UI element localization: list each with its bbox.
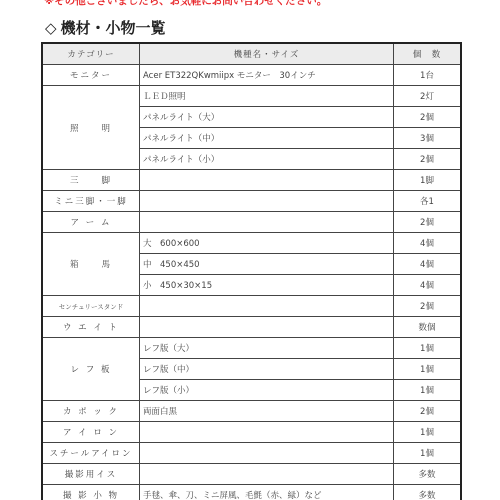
quantity-cell: 多数 — [394, 485, 462, 500]
table-row: カ ポ ッ ク両面白黒2個 — [42, 401, 461, 422]
category-cell: 撮影用イス — [42, 464, 140, 485]
table-row: 照 明ＬＥＤ照明2灯 — [42, 86, 461, 107]
quantity-cell: 2個 — [394, 212, 462, 233]
item-name-cell: 大 600×600 — [140, 233, 394, 254]
item-name-cell: 手毬、傘、刀、ミニ屏風、毛氈（赤、緑）など — [140, 485, 394, 500]
quantity-cell: 4個 — [394, 233, 462, 254]
quantity-cell: 4個 — [394, 275, 462, 296]
item-name-cell: レフ版（中） — [140, 359, 394, 380]
section-title: ◇機材・小物一覧 — [45, 17, 166, 38]
quantity-cell: 2個 — [394, 401, 462, 422]
item-name-cell: パネルライト（大） — [140, 107, 394, 128]
category-cell: 三 脚 — [42, 170, 140, 191]
table-row: モニターAcer ET322QKwmiipx モニター 30インチ1台 — [42, 65, 461, 86]
table-row: ミニ三脚・一脚各1 — [42, 191, 461, 212]
item-name-cell — [140, 422, 394, 443]
item-name-cell — [140, 317, 394, 338]
item-name-cell: Acer ET322QKwmiipx モニター 30インチ — [140, 65, 394, 86]
quantity-cell: 1個 — [394, 422, 462, 443]
category-cell: ウ エ イ ト — [42, 317, 140, 338]
quantity-cell: 各1 — [394, 191, 462, 212]
item-name-cell — [140, 212, 394, 233]
table-row: 三 脚1脚 — [42, 170, 461, 191]
category-cell: スチールアイロン — [42, 443, 140, 464]
header-category: カテゴリー — [42, 43, 140, 65]
item-name-cell — [140, 170, 394, 191]
category-cell: 撮 影 小 物 — [42, 485, 140, 500]
diamond-icon: ◇ — [45, 19, 57, 37]
header-name: 機種名・サイズ — [140, 43, 394, 65]
item-name-cell: 中 450×450 — [140, 254, 394, 275]
table-row: 撮影用イス多数 — [42, 464, 461, 485]
quantity-cell: 4個 — [394, 254, 462, 275]
quantity-cell: 多数 — [394, 464, 462, 485]
category-cell: 箱 馬 — [42, 233, 140, 296]
category-cell: モニター — [42, 65, 140, 86]
category-cell: 照 明 — [42, 86, 140, 170]
quantity-cell: 1個 — [394, 359, 462, 380]
item-name-cell: レフ版（小） — [140, 380, 394, 401]
quantity-cell: 1脚 — [394, 170, 462, 191]
item-name-cell — [140, 296, 394, 317]
quantity-cell: 3個 — [394, 128, 462, 149]
quantity-cell: 2個 — [394, 107, 462, 128]
category-cell: レ フ 板 — [42, 338, 140, 401]
notice-text: ※その他ございましたら、お気軽にお問い合わせください。 — [44, 0, 327, 8]
item-name-cell: レフ版（大） — [140, 338, 394, 359]
section-title-text: 機材・小物一覧 — [61, 19, 166, 37]
item-name-cell: 小 450×30×15 — [140, 275, 394, 296]
quantity-cell: 1個 — [394, 443, 462, 464]
category-cell: ア ー ム — [42, 212, 140, 233]
quantity-cell: 2個 — [394, 149, 462, 170]
table-row: 撮 影 小 物手毬、傘、刀、ミニ屏風、毛氈（赤、緑）など多数 — [42, 485, 461, 500]
quantity-cell: 2個 — [394, 296, 462, 317]
table-row: ア ー ム2個 — [42, 212, 461, 233]
category-cell: センチュリースタンド — [42, 296, 140, 317]
table-header-row: カテゴリー 機種名・サイズ 個 数 — [42, 43, 461, 65]
category-cell: カ ポ ッ ク — [42, 401, 140, 422]
category-cell: ミニ三脚・一脚 — [42, 191, 140, 212]
table-row: レ フ 板レフ版（大）1個 — [42, 338, 461, 359]
quantity-cell: 2灯 — [394, 86, 462, 107]
header-qty: 個 数 — [394, 43, 462, 65]
item-name-cell: 両面白黒 — [140, 401, 394, 422]
table-row: センチュリースタンド2個 — [42, 296, 461, 317]
table-row: 箱 馬大 600×6004個 — [42, 233, 461, 254]
category-cell: ア イ ロ ン — [42, 422, 140, 443]
table-body: モニターAcer ET322QKwmiipx モニター 30インチ1台照 明ＬＥ… — [42, 65, 461, 500]
table-row: スチールアイロン1個 — [42, 443, 461, 464]
item-name-cell: ＬＥＤ照明 — [140, 86, 394, 107]
table-row: ア イ ロ ン1個 — [42, 422, 461, 443]
item-name-cell: パネルライト（中） — [140, 128, 394, 149]
table-row: ウ エ イ ト数個 — [42, 317, 461, 338]
item-name-cell — [140, 191, 394, 212]
equipment-table: カテゴリー 機種名・サイズ 個 数 モニターAcer ET322QKwmiipx… — [41, 42, 462, 500]
quantity-cell: 1台 — [394, 65, 462, 86]
item-name-cell — [140, 464, 394, 485]
item-name-cell: パネルライト（小） — [140, 149, 394, 170]
item-name-cell — [140, 443, 394, 464]
quantity-cell: 1個 — [394, 380, 462, 401]
quantity-cell: 1個 — [394, 338, 462, 359]
quantity-cell: 数個 — [394, 317, 462, 338]
